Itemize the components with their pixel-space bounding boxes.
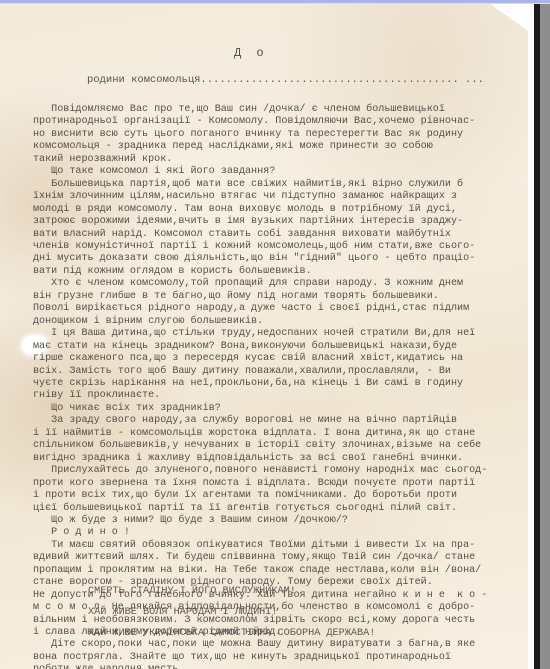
body-line: роботи,жде народня месть. bbox=[33, 664, 503, 669]
slogans: СМЕРТЬ СТАЛІНУ І ЙОГО ВИСЛУЖНИКАМ! ХАЙ Ж… bbox=[88, 581, 375, 644]
torn-corner bbox=[490, 4, 530, 32]
body-line: Р о д и н о ! bbox=[33, 527, 503, 539]
body-line: Прислухайтесь до злуненого,повного ненав… bbox=[33, 465, 503, 477]
body-line: Поволі виріkaється рідного народу,а дуже… bbox=[33, 303, 503, 315]
slogan-line: СМЕРТЬ СТАЛІНУ І ЙОГО ВИСЛУЖНИКАМ! bbox=[88, 581, 375, 602]
body-line: Що ж буде з ними? Що буде з Вашим сином … bbox=[33, 515, 503, 527]
body-line: їхнім злочинним цілям,насильно втягає чи… bbox=[33, 191, 503, 203]
body-line: затроює ворожими ідеями,вчить в імя вузь… bbox=[33, 216, 503, 228]
body-line: Що таке комсомол і які його завдання? bbox=[33, 166, 503, 178]
body-line: і її наймитів - комсомольців жорстока ві… bbox=[33, 428, 503, 440]
body-line: Повідомляємо Вас про те,що Ваш син /дочк… bbox=[33, 104, 503, 116]
body-line: він грузне глибше в те багно,що йому під… bbox=[33, 291, 503, 303]
slogan-line: ХАЙ ЖИВЕ ВОЛЯ НАРОДАМ І ЛЮДИНІ! bbox=[88, 602, 375, 623]
body-line: має стати на кінець зрадником? Вона,вико… bbox=[33, 341, 503, 353]
addressee-line: родини комсомольця......................… bbox=[87, 74, 484, 86]
body-line: членів комуністичної партії і кожний ком… bbox=[33, 241, 503, 253]
body-line: гірше скаженого пса,що з пересердя кусає… bbox=[33, 353, 503, 365]
body-line: проти кого звернена та їхня помста і від… bbox=[33, 478, 503, 490]
body-line: молоді в ряди комсомолу. Там вона вихову… bbox=[33, 204, 503, 216]
body-line: І ця Ваша дитина,що стільки труду,недосп… bbox=[33, 328, 503, 340]
body-line: но виснити всю суть цього поганого вчинк… bbox=[33, 129, 503, 141]
body-line: спільником большевиків,у нечуваних в іст… bbox=[33, 440, 503, 452]
body-line: чуєте скрізь нарікання на неї,прокльони,… bbox=[33, 378, 503, 390]
body-line: такий нерозважний крок. bbox=[33, 154, 503, 166]
heading-to: Д о bbox=[234, 46, 268, 60]
body-line: За зраду свого народу,за службу ворогові… bbox=[33, 415, 503, 427]
body-line: комсомольця - зрадника перед наслідками,… bbox=[33, 141, 503, 153]
body-line: вати власний нарід. Комсомол ставить соб… bbox=[33, 229, 503, 241]
body-line: вати під кожним оглядом в користь больше… bbox=[33, 266, 503, 278]
body-line: донощиком і вірним слугою большевиків. bbox=[33, 316, 503, 328]
body-line: вигідно зрадника і жахливу відповідальні… bbox=[33, 453, 503, 465]
body-line: цієї большевицької партії та її агентів … bbox=[33, 503, 503, 515]
body-line: протинародньої організації - Комсомолу. … bbox=[33, 116, 503, 128]
body-line: і проти всіх тих,що були їх агентами та … bbox=[33, 490, 503, 502]
viewer-frame-bar bbox=[534, 4, 540, 669]
body-line: дні мусить доказати свою діяльність,що в… bbox=[33, 253, 503, 265]
body-line: Що чикає всіх тих зрадників? bbox=[33, 403, 503, 415]
body-line: гніву її проклинаєте. bbox=[33, 390, 503, 402]
body-line: Хто є членом комсомолу,той пропащий для … bbox=[33, 278, 503, 290]
body-line: вона пострягла. Знайте що тих,що не кину… bbox=[33, 652, 503, 664]
body-line: вдивий життєвий шлях. Ти будеш співвинна… bbox=[33, 552, 503, 564]
body-line: всіх. Замість того щоб Вашу дитину поваж… bbox=[33, 366, 503, 378]
body-line: Ти маєш святий обовязок опікуватися Твої… bbox=[33, 540, 503, 552]
slogan-line: ХАЙ ЖИВЕ УКРАЇНСЬКА САМОСТІЙНА СОБОРНА Д… bbox=[88, 623, 375, 644]
document-page: Д о родини комсомольця..................… bbox=[0, 4, 530, 669]
body-line: пропащим і проклятим на віки. На Тебе та… bbox=[33, 565, 503, 577]
body-line: Большевицька партія,щоб мати все свіжих … bbox=[33, 179, 503, 191]
